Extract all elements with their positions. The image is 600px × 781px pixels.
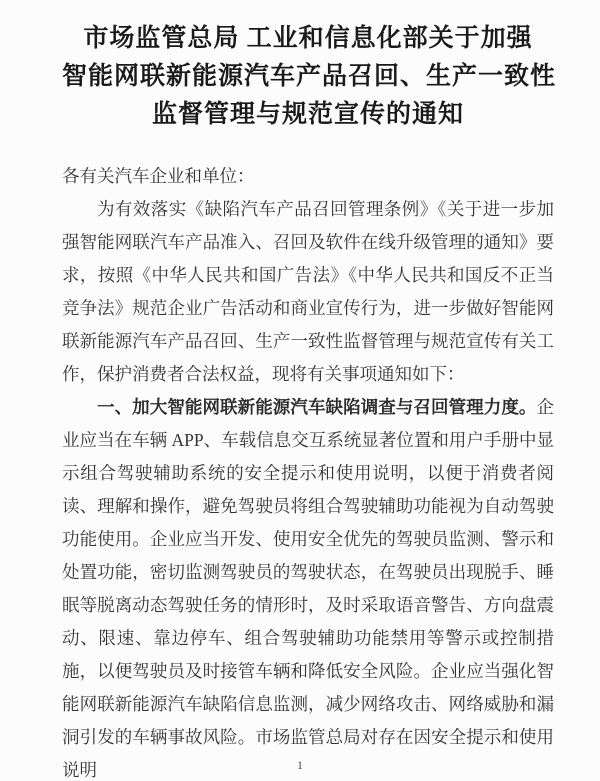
title-line-3: 监督管理与规范宣传的通知 [62,96,554,134]
document-title: 市场监管总局 工业和信息化部关于加强 智能网联新能源汽车产品召回、生产一致性 监… [62,20,554,134]
title-line-2: 智能网联新能源汽车产品召回、生产一致性 [62,58,554,96]
page-number: 1 [0,758,600,772]
document-page: 市场监管总局 工业和信息化部关于加强 智能网联新能源汽车产品召回、生产一致性 监… [0,0,600,781]
paragraph-intro: 为有效落实《缺陷汽车产品召回管理条例》《关于进一步加强智能网联汽车产品准入、召回… [62,193,554,391]
title-line-1: 市场监管总局 工业和信息化部关于加强 [62,20,554,58]
paragraph-section-1: 一、加大智能网联新能源汽车缺陷调查与召回管理力度。企业应当在车辆 APP、车载信… [62,391,554,781]
section-1-text: 企业应当在车辆 APP、车载信息交互系统显著位置和用户手册中显示组合驾驶辅助系统… [62,397,554,780]
document-body: 各有关汽车企业和单位： 为有效落实《缺陷汽车产品召回管理条例》《关于进一步加强智… [62,160,554,781]
salutation-line: 各有关汽车企业和单位： [62,160,554,193]
section-1-heading: 一、加大智能网联新能源汽车缺陷调查与召回管理力度。 [97,397,537,417]
